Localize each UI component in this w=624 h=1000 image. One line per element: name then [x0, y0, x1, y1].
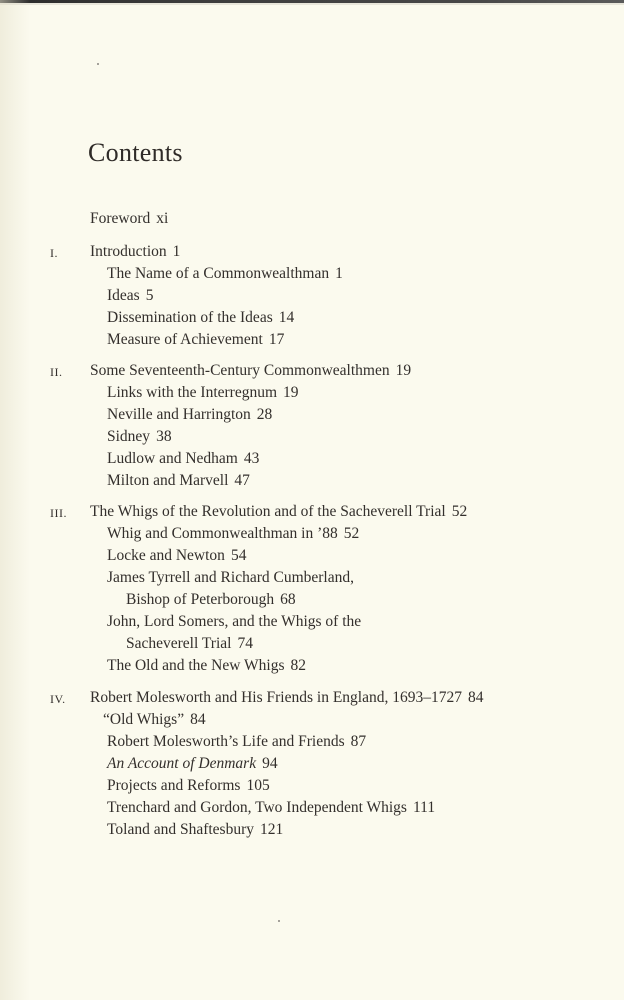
toc-section[interactable]: Milton and Marvell47	[107, 471, 250, 491]
chapter-numeral: I.	[50, 243, 58, 263]
toc-section[interactable]: Locke and Newton54	[107, 546, 246, 566]
toc-page-number: 84	[190, 711, 206, 728]
toc-section[interactable]: Whig and Commonwealthman in ’8852	[107, 524, 359, 544]
toc-section[interactable]: Trenchard and Gordon, Two Independent Wh…	[107, 798, 435, 818]
toc-section[interactable]: Measure of Achievement17	[107, 330, 284, 350]
toc-page-number: 17	[269, 331, 285, 348]
toc-page-number: xi	[156, 210, 168, 227]
toc-section-continuation[interactable]: Bishop of Peterborough68	[126, 590, 296, 610]
toc-section[interactable]: Toland and Shaftesbury121	[107, 820, 283, 840]
toc-page-number: 54	[231, 547, 247, 564]
toc-section-title: Sacheverell Trial	[126, 635, 231, 652]
toc-section-title: Bishop of Peterborough	[126, 591, 274, 608]
toc-page-number: 74	[237, 635, 253, 652]
toc-chapter-title: The Whigs of the Revolution and of the S…	[90, 503, 446, 520]
toc-section[interactable]: An Account of Denmark94	[107, 754, 278, 774]
toc-section-title: The Name of a Commonwealthman	[107, 265, 329, 282]
toc-page-number: 28	[257, 406, 273, 423]
toc-section-title: The Old and the New Whigs	[107, 657, 285, 674]
toc-page-number: 14	[279, 309, 295, 326]
toc-section-title: Measure of Achievement	[107, 331, 263, 348]
toc-section-title: Milton and Marvell	[107, 472, 228, 489]
toc-section[interactable]: John, Lord Somers, and the Whigs of the	[107, 612, 361, 632]
toc-section[interactable]: Projects and Reforms105	[107, 776, 270, 796]
toc-chapter-title: Some Seventeenth-Century Commonwealthmen	[90, 362, 390, 379]
toc-section[interactable]: Sidney38	[107, 427, 172, 447]
page-gutter-shadow	[0, 0, 30, 1000]
chapter-numeral: IV.	[50, 689, 66, 709]
toc-section-title: Dissemination of the Ideas	[107, 309, 273, 326]
toc-page-number: 38	[156, 428, 172, 445]
chapter-numeral: II.	[50, 362, 63, 382]
toc-chapter-4[interactable]: Robert Molesworth and His Friends in Eng…	[90, 688, 483, 708]
toc-section[interactable]: “Old Whigs”84	[103, 710, 206, 730]
toc-page-number: 19	[396, 362, 412, 379]
toc-chapter-2[interactable]: Some Seventeenth-Century Commonwealthmen…	[90, 361, 411, 381]
toc-page-number: 87	[351, 733, 367, 750]
toc-section[interactable]: James Tyrrell and Richard Cumberland,	[107, 568, 354, 588]
toc-entry-foreword[interactable]: Forewordxi	[90, 209, 168, 229]
chapter-numeral: III.	[50, 503, 67, 523]
scan-top-shadow	[0, 3, 624, 5]
toc-section-continuation[interactable]: Sacheverell Trial74	[126, 634, 253, 654]
toc-section-title: Sidney	[107, 428, 150, 445]
toc-section[interactable]: Ludlow and Nedham43	[107, 449, 259, 469]
toc-page-number: 52	[452, 503, 468, 520]
toc-page-number: 82	[291, 657, 307, 674]
toc-entry-title: Foreword	[90, 210, 150, 227]
toc-section-title: An Account of Denmark	[107, 755, 256, 772]
toc-page-number: 1	[173, 243, 181, 260]
toc-section-title: Robert Molesworth’s Life and Friends	[107, 733, 345, 750]
toc-page-number: 47	[234, 472, 250, 489]
toc-section-title: James Tyrrell and Richard Cumberland,	[107, 569, 354, 586]
toc-page-number: 105	[246, 777, 269, 794]
toc-chapter-3[interactable]: The Whigs of the Revolution and of the S…	[90, 502, 467, 522]
toc-section-title: Ludlow and Nedham	[107, 450, 238, 467]
toc-chapter-1[interactable]: Introduction1	[90, 242, 180, 262]
toc-section-title: John, Lord Somers, and the Whigs of the	[107, 613, 361, 630]
toc-page-number: 94	[262, 755, 278, 772]
toc-section-title: Locke and Newton	[107, 547, 225, 564]
toc-section-title: Ideas	[107, 287, 140, 304]
toc-page-number: 52	[344, 525, 360, 542]
toc-page-number: 121	[260, 821, 283, 838]
toc-section[interactable]: The Old and the New Whigs82	[107, 656, 306, 676]
toc-section[interactable]: Links with the Interregnum19	[107, 383, 299, 403]
toc-page-number: 111	[413, 799, 435, 816]
toc-chapter-title: Robert Molesworth and His Friends in Eng…	[90, 689, 462, 706]
toc-section-title: “Old Whigs”	[103, 711, 184, 728]
toc-section-title: Projects and Reforms	[107, 777, 240, 794]
toc-section-title: Links with the Interregnum	[107, 384, 277, 401]
toc-page-number: 84	[468, 689, 484, 706]
toc-chapter-title: Introduction	[90, 243, 167, 260]
toc-section[interactable]: The Name of a Commonwealthman1	[107, 264, 343, 284]
toc-section-title: Neville and Harrington	[107, 406, 251, 423]
toc-section[interactable]: Ideas5	[107, 286, 153, 306]
toc-section[interactable]: Dissemination of the Ideas14	[107, 308, 294, 328]
toc-page-number: 19	[283, 384, 299, 401]
paper-speck	[278, 920, 280, 922]
toc-section-title: Trenchard and Gordon, Two Independent Wh…	[107, 799, 407, 816]
toc-page-number: 43	[244, 450, 260, 467]
toc-section[interactable]: Robert Molesworth’s Life and Friends87	[107, 732, 366, 752]
toc-section-title: Whig and Commonwealthman in ’88	[107, 525, 338, 542]
toc-page-number: 1	[335, 265, 343, 282]
toc-page-number: 68	[280, 591, 296, 608]
toc-section-title: Toland and Shaftesbury	[107, 821, 254, 838]
paper-speck	[97, 63, 99, 65]
page-title: Contents	[88, 138, 183, 168]
toc-page-number: 5	[146, 287, 154, 304]
toc-section[interactable]: Neville and Harrington28	[107, 405, 272, 425]
